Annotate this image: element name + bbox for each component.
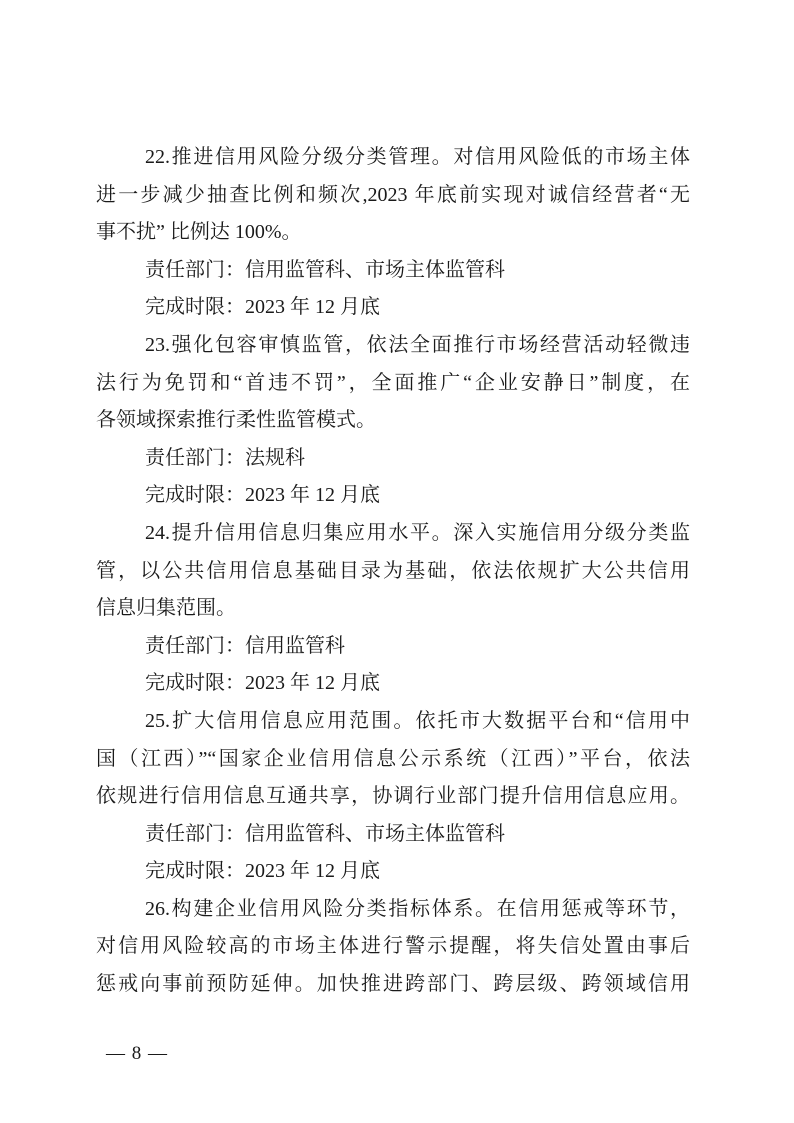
task-text-line: 事不扰” 比例达 100%。 <box>96 214 690 252</box>
task-text-line: 25.扩大信用信息应用范围。依托市大数据平台和“信用中 <box>96 703 690 741</box>
task-text-line: 惩戒向事前预防延伸。加快推进跨部门、跨层级、跨领域信用 <box>96 966 690 1004</box>
task-paragraph-24: 24.提升信用信息归集应用水平。深入实施信用分级分类监 管，以公共信用信息基础目… <box>96 515 690 703</box>
page-number: — 8 — <box>106 1042 168 1066</box>
responsible-dept-line: 责任部门：法规科 <box>96 440 690 478</box>
task-text-line: 对信用风险较高的市场主体进行警示提醒，将失信处置由事后 <box>96 928 690 966</box>
deadline-line: 完成时限：2023 年 12 月底 <box>96 477 690 515</box>
task-text-line: 依规进行信用信息互通共享，协调行业部门提升信用信息应用。 <box>96 778 690 816</box>
task-text-line: 国（江西）”“国家企业信用信息公示系统（江西）”平台，依法 <box>96 741 690 779</box>
task-text-line: 各领域探索推行柔性监管模式。 <box>96 402 690 440</box>
responsible-dept-line: 责任部门：信用监管科、市场主体监管科 <box>96 816 690 854</box>
responsible-dept-line: 责任部门：信用监管科、市场主体监管科 <box>96 252 690 290</box>
deadline-line: 完成时限：2023 年 12 月底 <box>96 853 690 891</box>
task-paragraph-25: 25.扩大信用信息应用范围。依托市大数据平台和“信用中 国（江西）”“国家企业信… <box>96 703 690 891</box>
task-paragraph-22: 22.推进信用风险分级分类管理。对信用风险低的市场主体 进一步减少抽查比例和频次… <box>96 139 690 327</box>
task-text-line: 进一步减少抽查比例和频次,2023 年底前实现对诚信经营者“无 <box>96 177 690 215</box>
document-body: 22.推进信用风险分级分类管理。对信用风险低的市场主体 进一步减少抽查比例和频次… <box>96 139 690 1004</box>
task-text-line: 24.提升信用信息归集应用水平。深入实施信用分级分类监 <box>96 515 690 553</box>
responsible-dept-line: 责任部门：信用监管科 <box>96 628 690 666</box>
task-paragraph-23: 23.强化包容审慎监管，依法全面推行市场经营活动轻微违 法行为免罚和“首违不罚”… <box>96 327 690 515</box>
task-text-line: 22.推进信用风险分级分类管理。对信用风险低的市场主体 <box>96 139 690 177</box>
document-page: 22.推进信用风险分级分类管理。对信用风险低的市场主体 进一步减少抽查比例和频次… <box>0 0 794 1123</box>
task-paragraph-26: 26.构建企业信用风险分类指标体系。在信用惩戒等环节， 对信用风险较高的市场主体… <box>96 891 690 1004</box>
deadline-line: 完成时限：2023 年 12 月底 <box>96 289 690 327</box>
task-text-line: 法行为免罚和“首违不罚”，全面推广“企业安静日”制度，在 <box>96 365 690 403</box>
task-text-line: 信息归集范围。 <box>96 590 690 628</box>
deadline-line: 完成时限：2023 年 12 月底 <box>96 665 690 703</box>
task-text-line: 23.强化包容审慎监管，依法全面推行市场经营活动轻微违 <box>96 327 690 365</box>
task-text-line: 管，以公共信用信息基础目录为基础，依法依规扩大公共信用 <box>96 553 690 591</box>
task-text-line: 26.构建企业信用风险分类指标体系。在信用惩戒等环节， <box>96 891 690 929</box>
